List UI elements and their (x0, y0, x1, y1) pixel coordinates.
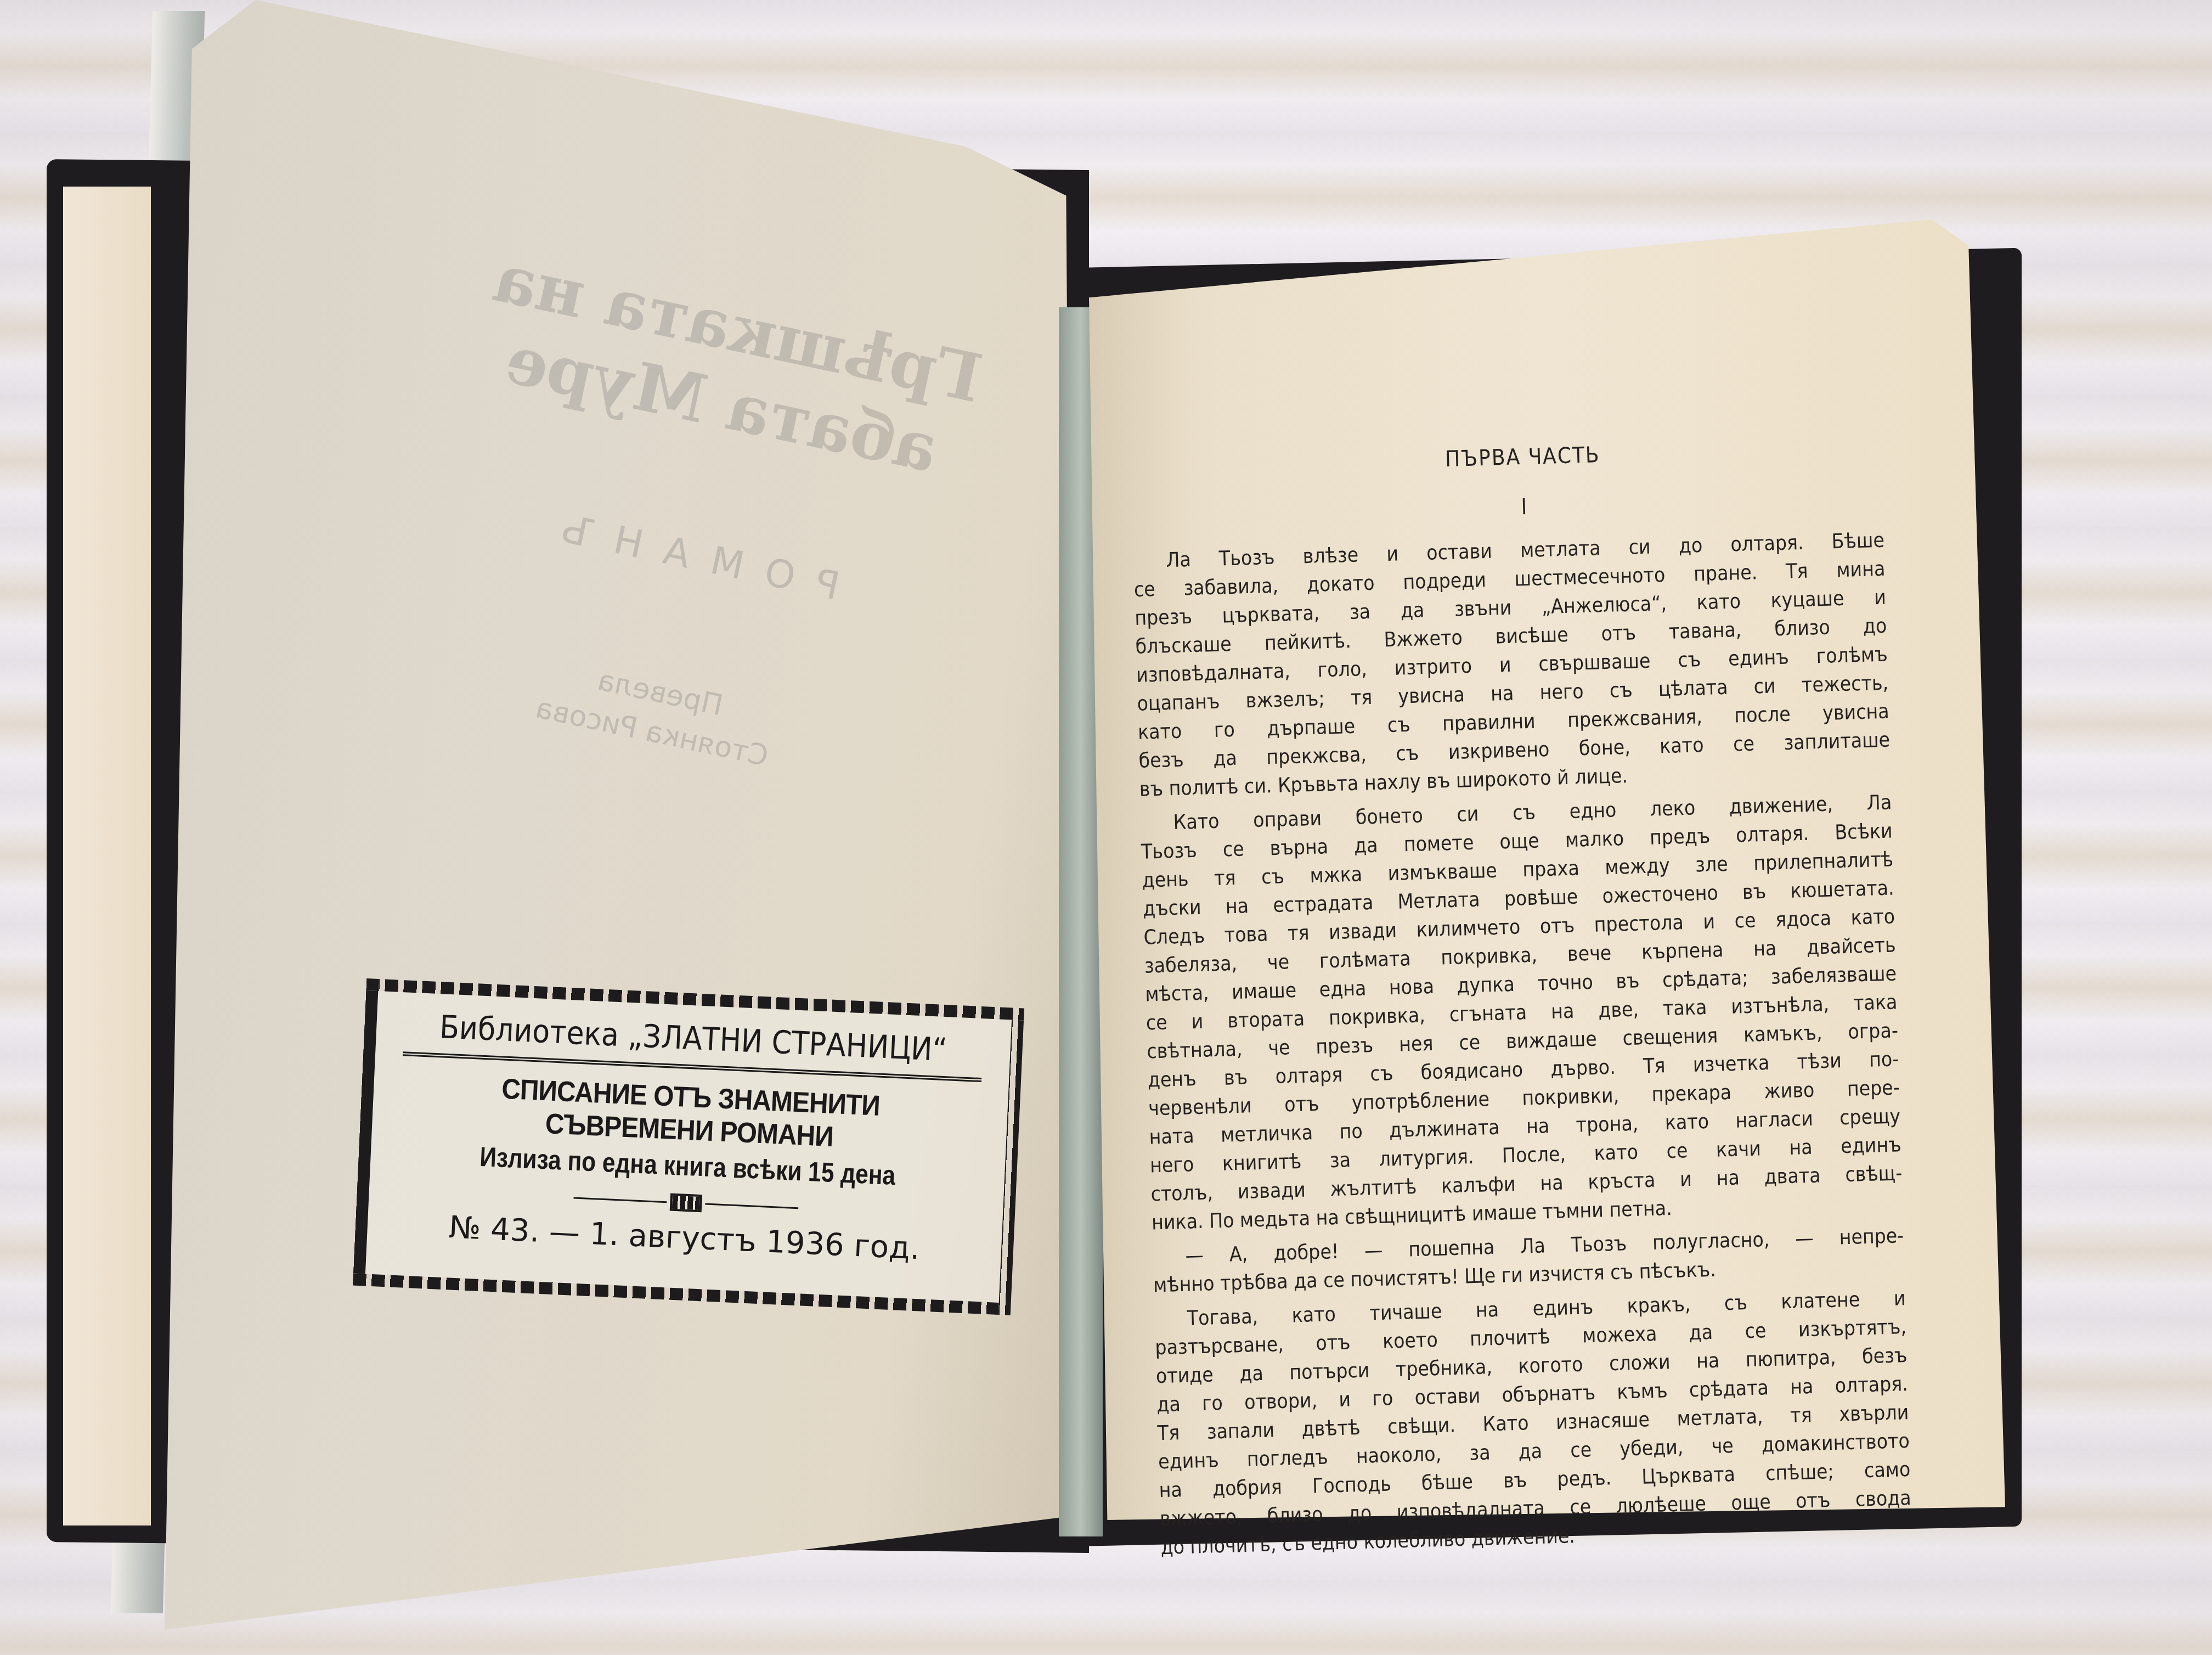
chapter-number: I (1165, 485, 1884, 530)
endpaper-left (63, 187, 151, 1525)
left-page (165, 0, 1075, 1630)
ornament-box-icon (670, 1194, 702, 1213)
ornament-line-right (705, 1203, 798, 1209)
stamp-library-name: Библиотека „ЗЛАТНИ СТРАНИЦИ“ (403, 1006, 984, 1082)
ornament-line-left (574, 1197, 667, 1203)
paragraph: Тогава, като тичаше на единъ кракъ, съ к… (1154, 1284, 1912, 1562)
paragraph: Като оправи бонето си съ едно леко движе… (1140, 788, 1903, 1237)
library-stamp: Библиотека „ЗЛАТНИ СТРАНИЦИ“ СПИСАНИЕ ОТ… (353, 978, 1024, 1315)
page-text: ПЪРВА ЧАСТЬ I Ла Тьозъ влѣзе и остави ме… (1130, 435, 1912, 1567)
paragraphs: Ла Тьозъ влѣзе и остави метлата си до ол… (1133, 526, 1912, 1562)
paragraph: Ла Тьозъ влѣзе и остави метлата си до ол… (1133, 526, 1892, 804)
